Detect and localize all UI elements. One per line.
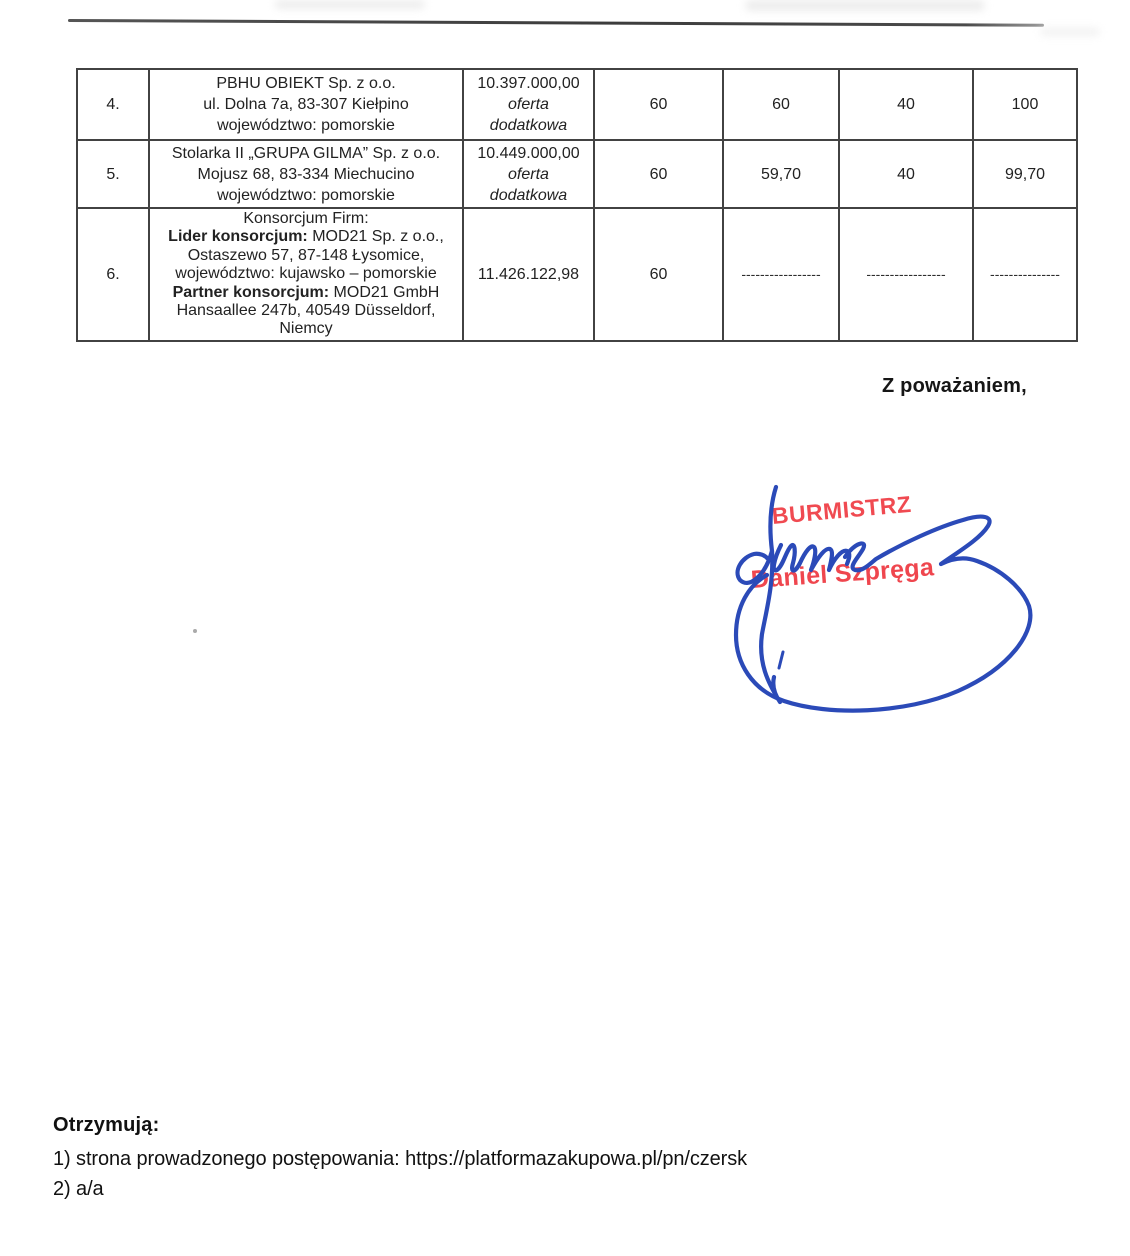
scan-smudge	[1040, 28, 1100, 36]
footer-item-1: 1) strona prowadzonego postępowania: htt…	[53, 1144, 747, 1174]
scan-smudge	[745, 0, 985, 11]
cell-bidder-name-address: Stolarka II „GRUPA GILMA” Sp. z o.o.Moju…	[149, 140, 463, 208]
top-horizontal-rule	[68, 19, 1044, 27]
cell-score: 59,70	[723, 140, 839, 208]
cell-score: ---------------	[973, 208, 1077, 341]
scan-smudge	[275, 0, 425, 9]
cell-row-number: 6.	[77, 208, 149, 341]
cell-score: 60	[594, 140, 723, 208]
stamp-name-daniel-szprega: Daniel Szpręga	[750, 553, 935, 595]
cell-score: -----------------	[723, 208, 839, 341]
table-row: 6.Konsorcjum Firm:Lider konsorcjum: MOD2…	[77, 208, 1077, 341]
footer-heading: Otrzymują:	[53, 1114, 747, 1137]
cell-score: 99,70	[973, 140, 1077, 208]
cell-bidder-name-address: Konsorcjum Firm:Lider konsorcjum: MOD21 …	[149, 208, 463, 341]
cell-score: -----------------	[839, 208, 973, 341]
cell-score: 40	[839, 140, 973, 208]
cell-score: 60	[594, 208, 723, 341]
scan-artifact-dot	[193, 629, 197, 633]
cell-score: 40	[839, 69, 973, 140]
cell-row-number: 5.	[77, 140, 149, 208]
closing-phrase: Z poważaniem,	[882, 375, 1027, 398]
stamp-title-burmistrz: BURMISTRZ	[771, 491, 913, 530]
cell-offer-price: 10.449.000,00ofertadodatkowa	[463, 140, 594, 208]
table-row: 5.Stolarka II „GRUPA GILMA” Sp. z o.o.Mo…	[77, 140, 1077, 208]
footer-item-2: 2) a/a	[53, 1174, 747, 1204]
bid-results-table: 4.PBHU OBIEKT Sp. z o.o.ul. Dolna 7a, 83…	[76, 68, 1078, 342]
footer-distribution-list: Otrzymują: 1) strona prowadzonego postęp…	[53, 1114, 747, 1204]
results-table-body: 4.PBHU OBIEKT Sp. z o.o.ul. Dolna 7a, 83…	[77, 69, 1077, 341]
table-row: 4.PBHU OBIEKT Sp. z o.o.ul. Dolna 7a, 83…	[77, 69, 1077, 140]
scanned-document-page: 4.PBHU OBIEKT Sp. z o.o.ul. Dolna 7a, 83…	[0, 0, 1130, 1256]
cell-score: 60	[723, 69, 839, 140]
cell-offer-price: 10.397.000,00ofertadodatkowa	[463, 69, 594, 140]
cell-bidder-name-address: PBHU OBIEKT Sp. z o.o.ul. Dolna 7a, 83-3…	[149, 69, 463, 140]
cell-row-number: 4.	[77, 69, 149, 140]
cell-score: 100	[973, 69, 1077, 140]
cell-score: 60	[594, 69, 723, 140]
cell-offer-price: 11.426.122,98	[463, 208, 594, 341]
